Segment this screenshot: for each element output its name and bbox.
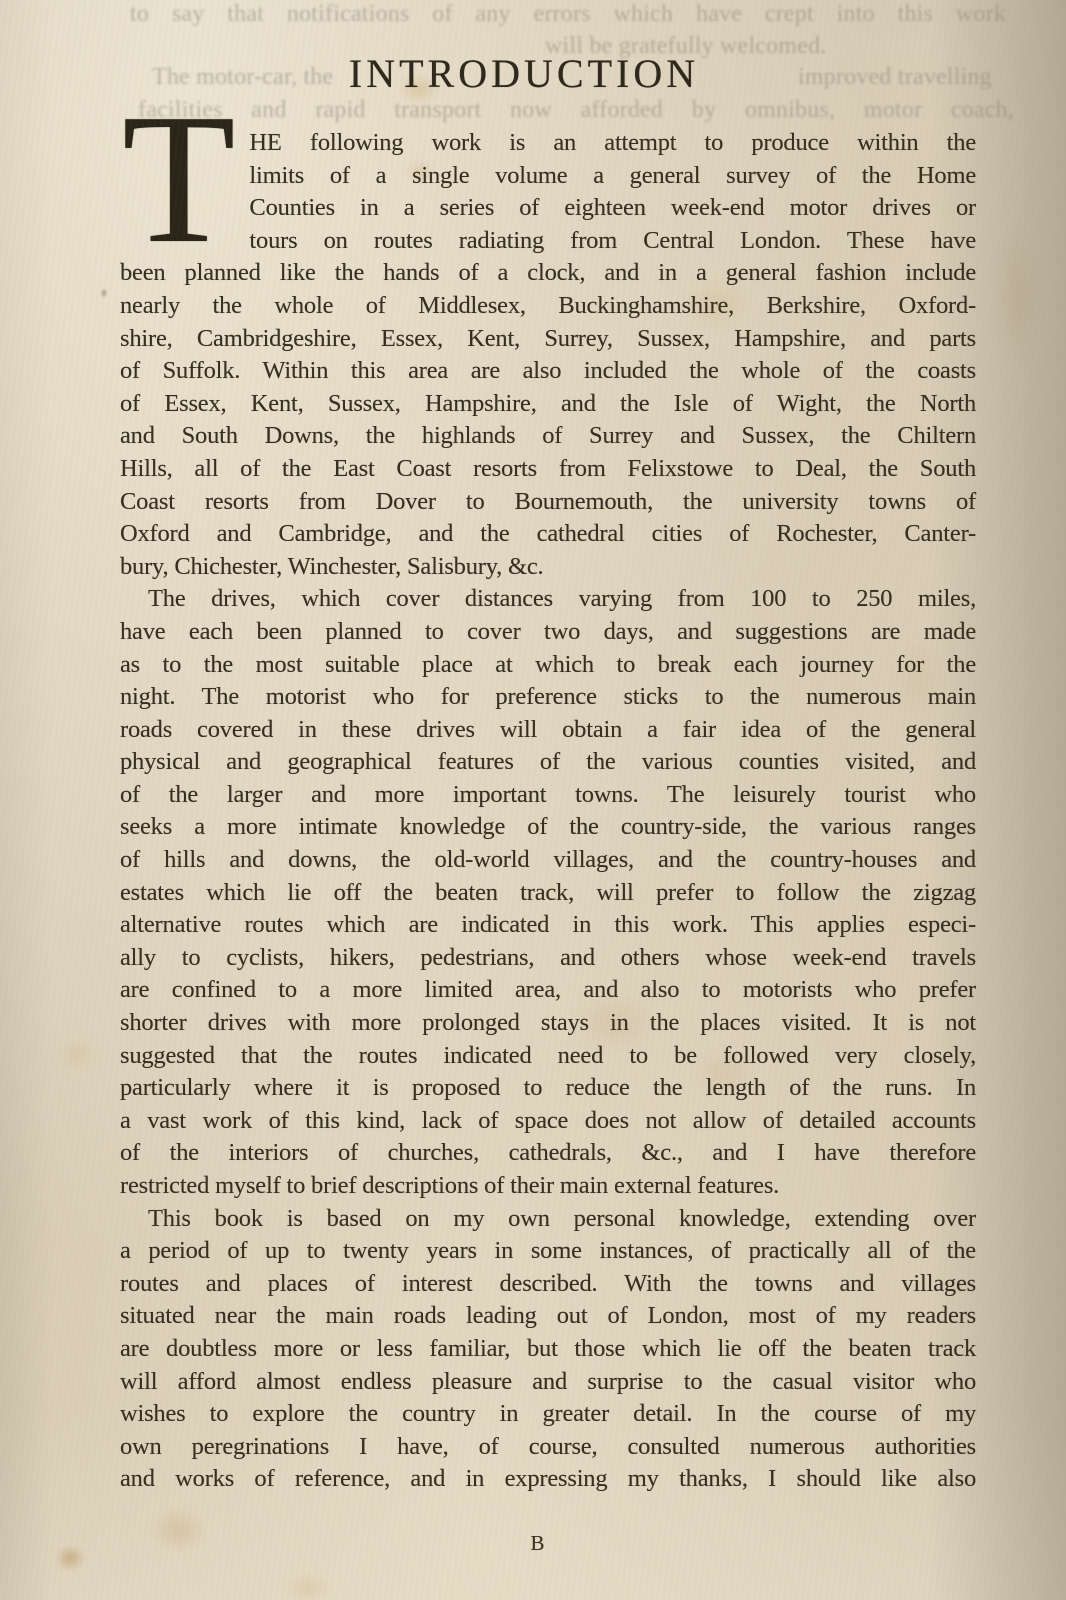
body-line: are doubtless more or less familiar, but… <box>120 1333 976 1366</box>
body-line: tours on routes radiating from Central L… <box>120 225 976 258</box>
stain <box>60 1040 94 1070</box>
body-line: suggested that the routes indicated need… <box>120 1040 976 1073</box>
body-line: of hills and downs, the old-world villag… <box>120 844 976 877</box>
paragraph: The drives, which cover distances varyin… <box>120 583 976 1202</box>
body-line: routes and places of interest described.… <box>120 1268 976 1301</box>
body-line: particularly where it is proposed to red… <box>120 1072 976 1105</box>
body-line: of the interiors of churches, cathedrals… <box>120 1137 976 1170</box>
book-page: to say that notifications of any errors … <box>0 0 1066 1600</box>
body-line: been planned like the hands of a clock, … <box>120 257 976 290</box>
body-line: of Essex, Kent, Sussex, Hampshire, and t… <box>120 388 976 421</box>
body-line: and works of reference, and in expressin… <box>120 1463 976 1496</box>
body-line: a period of up to twenty years in some i… <box>120 1235 976 1268</box>
body-line: situated near the main roads leading out… <box>120 1300 976 1333</box>
body-line: bury, Chichester, Winchester, Salisbury,… <box>120 551 976 584</box>
body-line: of Suffolk. Within this area are also in… <box>120 355 976 388</box>
body-line: shorter drives with more prolonged stays… <box>120 1007 976 1040</box>
body-text: T HE following work is an attempt to pro… <box>120 127 976 1496</box>
body-line: The drives, which cover distances varyin… <box>120 583 976 616</box>
body-line: shire, Cambridgeshire, Essex, Kent, Surr… <box>120 323 976 356</box>
body-line: physical and geographical features of th… <box>120 746 976 779</box>
body-line: limits of a single volume a general surv… <box>120 160 976 193</box>
body-line: wishes to explore the country in greater… <box>120 1398 976 1431</box>
stain <box>100 288 108 298</box>
body-line: are confined to a more limited area, and… <box>120 974 976 1007</box>
body-line: and South Downs, the highlands of Surrey… <box>120 420 976 453</box>
body-line: estates which lie off the beaten track, … <box>120 877 976 910</box>
body-line: night. The motorist who for preference s… <box>120 681 976 714</box>
body-line: own peregrinations I have, of course, co… <box>120 1431 976 1464</box>
body-line: Counties in a series of eighteen week-en… <box>120 192 976 225</box>
body-line: ally to cyclists, hikers, pedestrians, a… <box>120 942 976 975</box>
paragraph: T HE following work is an attempt to pro… <box>120 127 976 583</box>
body-line: have each been planned to cover two days… <box>120 616 976 649</box>
body-line: of the larger and more important towns. … <box>120 779 976 812</box>
signature-mark: B <box>0 1531 1066 1556</box>
body-line: alternative routes which are indicated i… <box>120 909 976 942</box>
body-line: This book is based on my own personal kn… <box>120 1203 976 1236</box>
body-line: as to the most suitable place at which t… <box>120 649 976 682</box>
body-line: nearly the whole of Middlesex, Buckingha… <box>120 290 976 323</box>
drop-cap: T <box>122 127 235 257</box>
show-through-text: facilities and rapid transport now affor… <box>138 97 1014 124</box>
body-line: a vast work of this kind, lack of space … <box>120 1105 976 1138</box>
body-line: will afford almost endless pleasure and … <box>120 1366 976 1399</box>
body-line: Hills, all of the East Coast resorts fro… <box>120 453 976 486</box>
body-line: Coast resorts from Dover to Bournemouth,… <box>120 486 976 519</box>
body-line: roads covered in these drives will obtai… <box>120 714 976 747</box>
body-line: seeks a more intimate knowledge of the c… <box>120 811 976 844</box>
stain <box>1000 225 1036 365</box>
body-line: Oxford and Cambridge, and the cathedral … <box>120 518 976 551</box>
show-through-text: to say that notifications of any errors … <box>130 1 1006 28</box>
stain <box>285 1575 331 1600</box>
paragraph: This book is based on my own personal kn… <box>120 1203 976 1496</box>
body-line: HE following work is an attempt to produ… <box>120 127 976 160</box>
body-line: restricted myself to brief descriptions … <box>120 1170 976 1203</box>
